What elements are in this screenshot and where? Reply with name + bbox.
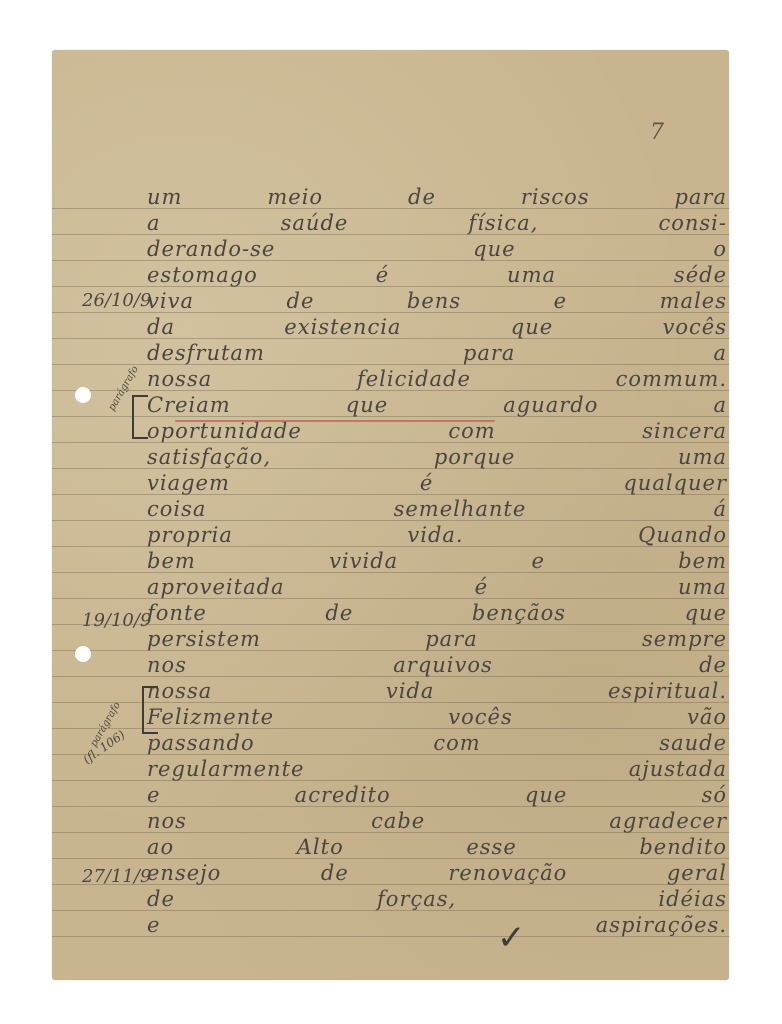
text-line: e aspirações. [147,912,727,938]
text-line: nossa vida espiritual. [147,678,727,704]
punch-hole [75,646,91,662]
paragraph-bracket-icon [132,395,148,439]
text-line: fonte de bençãos que [147,600,727,626]
text-line: da existencia que vocês [147,314,727,340]
text-line: nos cabe agradecer [147,808,727,834]
text-line: persistem para sempre [147,626,727,652]
page-number: 7 [650,120,664,145]
text-line: satisfação, porque uma [147,444,727,470]
text-line: ensejo de renovação geral [147,860,727,886]
text-line: regularmente ajustada [147,756,727,782]
text-line: viagem é qualquer [147,470,727,496]
text-line: nos arquivos de [147,652,727,678]
red-underline-mark [175,420,495,422]
text-line: coisa semelhante á [147,496,727,522]
text-line: ao Alto esse bendito [147,834,727,860]
text-line: derando-se que o [147,236,727,262]
text-line: propria vida. Quando [147,522,727,548]
text-line: nossa felicidade commum. [147,366,727,392]
text-line: viva de bens e males [147,288,727,314]
margin-date: 19/10/9 [82,610,151,631]
text-line: bem vivida e bem [147,548,727,574]
text-line: um meio de riscos para [147,184,727,210]
text-line: Creiam que aguardo a [147,392,727,418]
margin-date: 26/10/9 [82,290,151,311]
text-line: e acredito que só [147,782,727,808]
text-line: a saúde física, consi- [147,210,727,236]
margin-date: 27/11/9 [82,866,151,887]
manuscript-page: 7 um meio de riscos para a saúde física,… [52,50,729,980]
text-line: Felizmente vocês vão [147,704,727,730]
text-line: aproveitada é uma [147,574,727,600]
punch-hole [75,387,91,403]
text-line: passando com saude [147,730,727,756]
text-line: desfrutam para a [147,340,727,366]
text-line: estomago é uma séde [147,262,727,288]
text-line: de forças, idéias [147,886,727,912]
paragraph-bracket-icon [142,686,158,734]
check-mark-icon: ✓ [497,918,526,958]
